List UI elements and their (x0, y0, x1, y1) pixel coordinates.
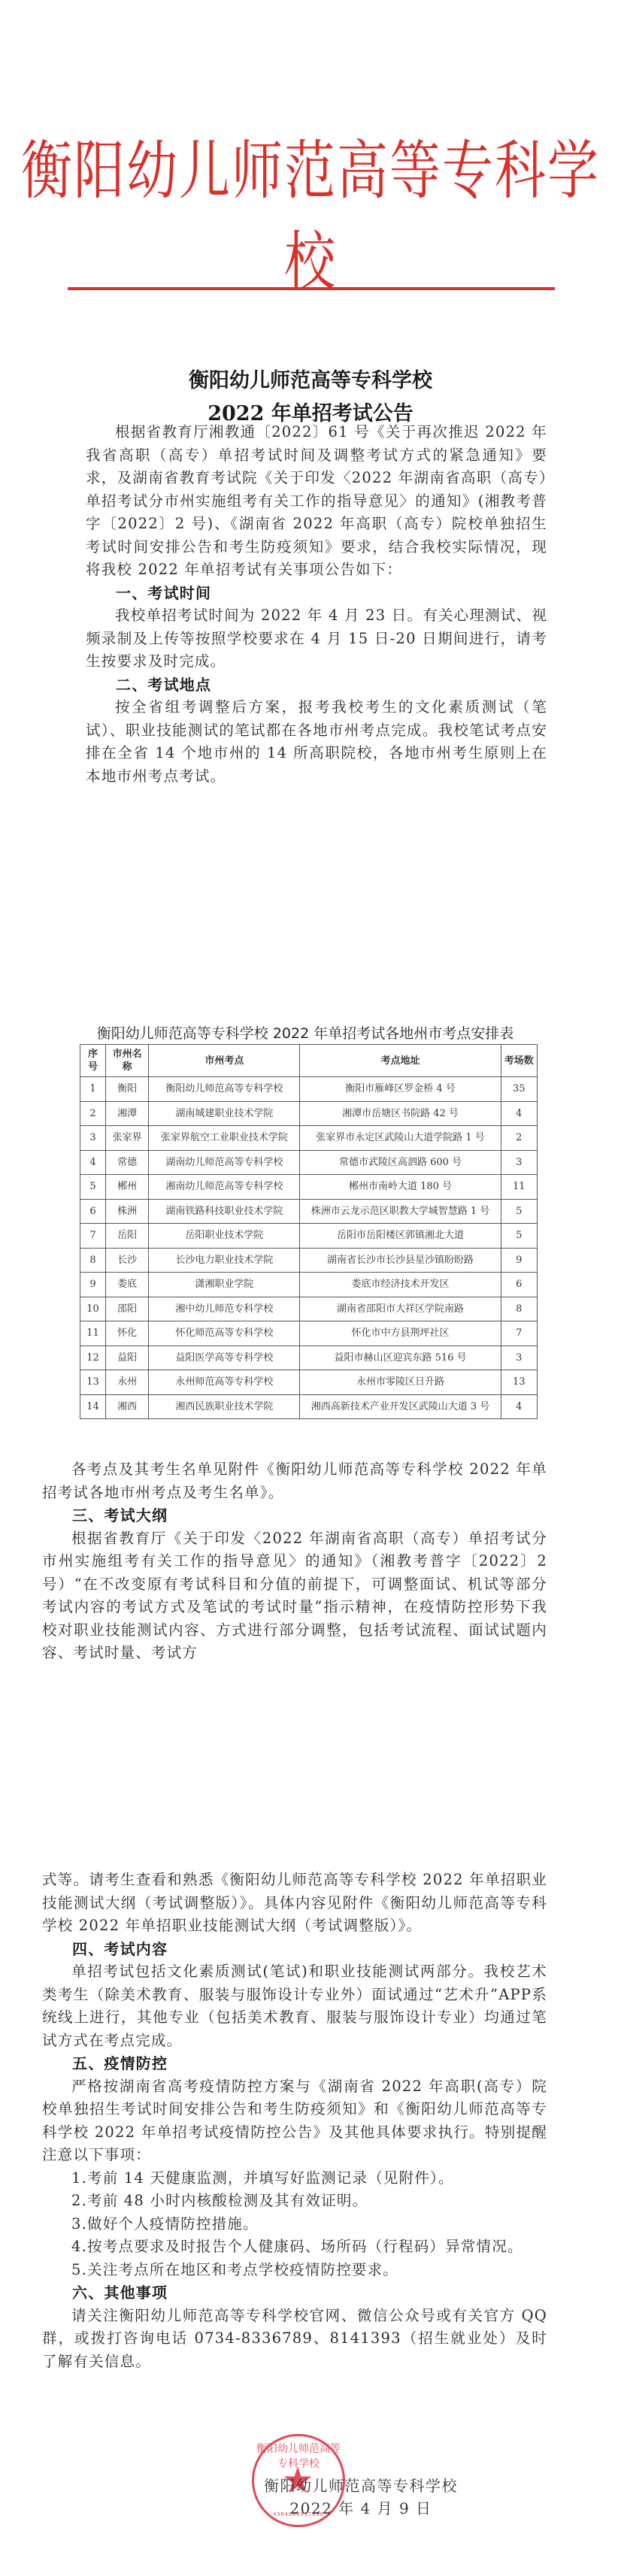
cell-city: 衡阳 (106, 1077, 149, 1102)
cell-room-count: 11 (501, 1175, 537, 1200)
cell-address: 张家界市永定区武陵山大道学院路 1 号 (300, 1126, 501, 1151)
exam-site-table: 序号 市州名称 市州考点 考点地址 考场数 1衡阳衡阳幼儿师范高等专科学校衡阳市… (80, 1044, 538, 1419)
section-outline-paragraph-2: 式等。请考生查看和熟悉《衡阳幼儿师范高等专科学校 2022 年单招职业技能测试大… (42, 1869, 547, 1938)
cell-site: 湖南铁路科技职业技术学院 (149, 1199, 300, 1224)
table-row: 1衡阳衡阳幼儿师范高等专科学校衡阳市雁峰区罗金桥 4 号35 (80, 1077, 538, 1102)
cell-address: 湖南省长沙市长沙县星沙镇盼盼路 (300, 1248, 501, 1273)
cell-address: 永州市零陵区日升路 (300, 1370, 501, 1395)
cell-address: 益阳市赫山区迎宾东路 516 号 (300, 1346, 501, 1370)
cell-index: 9 (80, 1273, 106, 1297)
cell-address: 湘潭市岳塘区书院路 42 号 (300, 1101, 501, 1126)
cell-site: 永州师范高等专科学校 (149, 1370, 300, 1395)
cell-city: 长沙 (106, 1248, 149, 1273)
cell-room-count: 35 (501, 1077, 537, 1102)
table-row: 9娄底潇湘职业学院娄底市经济技术开发区6 (80, 1273, 538, 1297)
table-header-row: 序号 市州名称 市州考点 考点地址 考场数 (80, 1045, 538, 1077)
cell-address: 怀化市中方县荆坪社区 (300, 1321, 501, 1346)
cell-address: 常德市武陵区高泗路 600 号 (300, 1150, 501, 1175)
epidemic-item-2: 2.考前 48 小时内核酸检测及其有效证明。 (42, 2190, 547, 2213)
table-row: 7岳阳岳阳职业技术学院岳阳市岳阳楼区郭镇湘北大道5 (80, 1224, 538, 1249)
cell-room-count: 2 (501, 1126, 537, 1151)
cell-site: 湘中幼儿师范专科学校 (149, 1297, 300, 1321)
section-time-paragraph: 我校单招考试时间为 2022 年 4 月 23 日。有关心理测试、视频录制及上传… (86, 604, 547, 674)
cell-index: 12 (80, 1346, 106, 1370)
epidemic-item-3: 3.做好个人疫情防控措施。 (42, 2213, 547, 2236)
section-heading-epidemic: 五、疫情防控 (42, 2052, 547, 2075)
cell-city: 怀化 (106, 1321, 149, 1346)
cell-room-count: 8 (501, 1297, 537, 1321)
cell-city: 邵阳 (106, 1297, 149, 1321)
cell-index: 3 (80, 1126, 106, 1151)
cell-site: 岳阳职业技术学院 (149, 1224, 300, 1249)
cell-address: 株洲市云龙示范区职教大学城智慧路 1 号 (300, 1199, 501, 1224)
cell-site: 湖南幼儿师范高等专科学校 (149, 1150, 300, 1175)
table-row: 6株洲湖南铁路科技职业技术学院株洲市云龙示范区职教大学城智慧路 1 号5 (80, 1199, 538, 1224)
epidemic-item-5: 5.关注考点所在地区和考点学校疫情防控要求。 (42, 2259, 547, 2282)
header-room-count: 考场数 (501, 1045, 537, 1077)
cell-city: 湘西 (106, 1394, 149, 1419)
body-block-3: 式等。请考生查看和熟悉《衡阳幼儿师范高等专科学校 2022 年单招职业技能测试大… (42, 1869, 547, 2373)
cell-room-count: 5 (501, 1199, 537, 1224)
cell-index: 4 (80, 1150, 106, 1175)
table-note-paragraph: 各考点及其考生名单见附件《衡阳幼儿师范高等专科学校 2022 年单招考试各地市州… (42, 1458, 547, 1504)
cell-room-count: 13 (501, 1370, 537, 1395)
section-heading-time: 一、考试时间 (86, 582, 547, 605)
schedule-table-title: 衡阳幼儿师范高等专科学校 2022 年单招考试各地州市考点安排表 (42, 1022, 568, 1043)
cell-index: 6 (80, 1199, 106, 1224)
table-row: 10邵阳湘中幼儿师范专科学校湖南省邵阳市大祥区学院南路8 (80, 1297, 538, 1321)
letterhead-school-name: 衡阳幼儿师范高等专科学校 (0, 120, 621, 303)
cell-city: 永州 (106, 1370, 149, 1395)
section-location-paragraph: 按全省组考调整后方案，报考我校考生的文化素质测试（笔试）、职业技能测试的笔试都在… (86, 696, 547, 788)
cell-index: 7 (80, 1224, 106, 1249)
cell-index: 13 (80, 1370, 106, 1395)
table-row: 11怀化怀化师范高等专科学校怀化市中方县荆坪社区7 (80, 1321, 538, 1346)
cell-room-count: 6 (501, 1273, 537, 1297)
cell-city: 益阳 (106, 1346, 149, 1370)
cell-address: 娄底市经济技术开发区 (300, 1273, 501, 1297)
body-block-1: 根据省教育厅湘教通〔2022〕61 号《关于再次推迟 2022 年我省高职（高专… (86, 421, 547, 788)
cell-index: 11 (80, 1321, 106, 1346)
section-content-paragraph: 单招考试包括文化素质测试(笔试)和职业技能测试两部分。我校艺术类考生（除美术教育… (42, 1960, 547, 2052)
cell-address: 郴州市南岭大道 180 号 (300, 1175, 501, 1200)
cell-room-count: 3 (501, 1346, 537, 1370)
cell-city: 娄底 (106, 1273, 149, 1297)
body-block-2: 各考点及其考生名单见附件《衡阳幼儿师范高等专科学校 2022 年单招考试各地市州… (42, 1458, 547, 1665)
cell-index: 2 (80, 1101, 106, 1126)
header-index: 序号 (80, 1045, 106, 1077)
cell-index: 5 (80, 1175, 106, 1200)
cell-city: 郴州 (106, 1175, 149, 1200)
cell-address: 湘西高新技术产业开发区武陵山大道 3 号 (300, 1394, 501, 1419)
section-heading-other: 六、其他事项 (42, 2281, 547, 2305)
cell-site: 潇湘职业学院 (149, 1273, 300, 1297)
table-row: 13永州永州师范高等专科学校永州市零陵区日升路13 (80, 1370, 538, 1395)
cell-site: 张家界航空工业职业技术学院 (149, 1126, 300, 1151)
signature-org: 衡阳幼儿师范高等专科学校 (248, 2475, 474, 2497)
epidemic-item-1: 1.考前 14 天健康监测，并填写好监测记录（见附件）。 (42, 2167, 547, 2190)
cell-index: 14 (80, 1394, 106, 1419)
document-title-line1: 衡阳幼儿师范高等专科学校 (0, 364, 621, 393)
cell-city: 常德 (106, 1150, 149, 1175)
cell-site: 长沙电力职业技术学院 (149, 1248, 300, 1273)
header-address: 考点地址 (300, 1045, 501, 1077)
cell-address: 衡阳市雁峰区罗金桥 4 号 (300, 1077, 501, 1102)
cell-room-count: 7 (501, 1321, 537, 1346)
header-city: 市州名称 (106, 1045, 149, 1077)
cell-index: 8 (80, 1248, 106, 1273)
cell-site: 怀化师范高等专科学校 (149, 1321, 300, 1346)
intro-paragraph: 根据省教育厅湘教通〔2022〕61 号《关于再次推迟 2022 年我省高职（高专… (86, 421, 547, 582)
table-row: 12益阳益阳医学高等专科学校益阳市赫山区迎宾东路 516 号3 (80, 1346, 538, 1370)
cell-site: 益阳医学高等专科学校 (149, 1346, 300, 1370)
table-row: 8长沙长沙电力职业技术学院湖南省长沙市长沙县星沙镇盼盼路9 (80, 1248, 538, 1273)
cell-room-count: 4 (501, 1394, 537, 1419)
cell-room-count: 5 (501, 1224, 537, 1249)
cell-city: 湘潭 (106, 1101, 149, 1126)
table-row: 2湘潭湖南城建职业技术学院湘潭市岳塘区书院路 42 号4 (80, 1101, 538, 1126)
section-heading-location: 二、考试地点 (86, 674, 547, 697)
epidemic-item-4: 4.按考点要求及时报告个人健康码、场所码（行程码）异常情况。 (42, 2235, 547, 2259)
letterhead-divider (68, 287, 555, 290)
cell-room-count: 3 (501, 1150, 537, 1175)
cell-address: 湖南省邵阳市大祥区学院南路 (300, 1297, 501, 1321)
cell-city: 岳阳 (106, 1224, 149, 1249)
section-other-paragraph: 请关注衡阳幼儿师范高等专科学校官网、微信公众号或有关官方 QQ 群，或拨打咨询电… (42, 2305, 547, 2374)
section-heading-outline: 三、考试大纲 (42, 1504, 547, 1527)
table-row: 5郴州湘南幼儿师范高等专科学校郴州市南岭大道 180 号11 (80, 1175, 538, 1200)
cell-room-count: 9 (501, 1248, 537, 1273)
cell-index: 1 (80, 1077, 106, 1102)
cell-site: 衡阳幼儿师范高等专科学校 (149, 1077, 300, 1102)
cell-city: 张家界 (106, 1126, 149, 1151)
cell-address: 岳阳市岳阳楼区郭镇湘北大道 (300, 1224, 501, 1249)
table-row: 14湘西湘西民族职业技术学院湘西高新技术产业开发区武陵山大道 3 号4 (80, 1394, 538, 1419)
cell-room-count: 4 (501, 1101, 537, 1126)
cell-site: 湘西民族职业技术学院 (149, 1394, 300, 1419)
cell-city: 株洲 (106, 1199, 149, 1224)
header-site: 市州考点 (149, 1045, 300, 1077)
section-heading-content: 四、考试内容 (42, 1938, 547, 1961)
table-row: 4常德湖南幼儿师范高等专科学校常德市武陵区高泗路 600 号3 (80, 1150, 538, 1175)
cell-index: 10 (80, 1297, 106, 1321)
signature-date: 2022 年 4 月 9 日 (248, 2497, 474, 2520)
cell-site: 湘南幼儿师范高等专科学校 (149, 1175, 300, 1200)
table-row: 3张家界张家界航空工业职业技术学院张家界市永定区武陵山大道学院路 1 号2 (80, 1126, 538, 1151)
cell-site: 湖南城建职业技术学院 (149, 1101, 300, 1126)
section-epidemic-paragraph: 严格按湖南省高考疫情防控方案与《湖南省 2022 年高职(高专）院校单独招生考试… (42, 2075, 547, 2167)
section-outline-paragraph-1: 根据省教育厅《关于印发〈2022 年湖南省高职（高专）单招考试分市州实施组考有关… (42, 1527, 547, 1665)
